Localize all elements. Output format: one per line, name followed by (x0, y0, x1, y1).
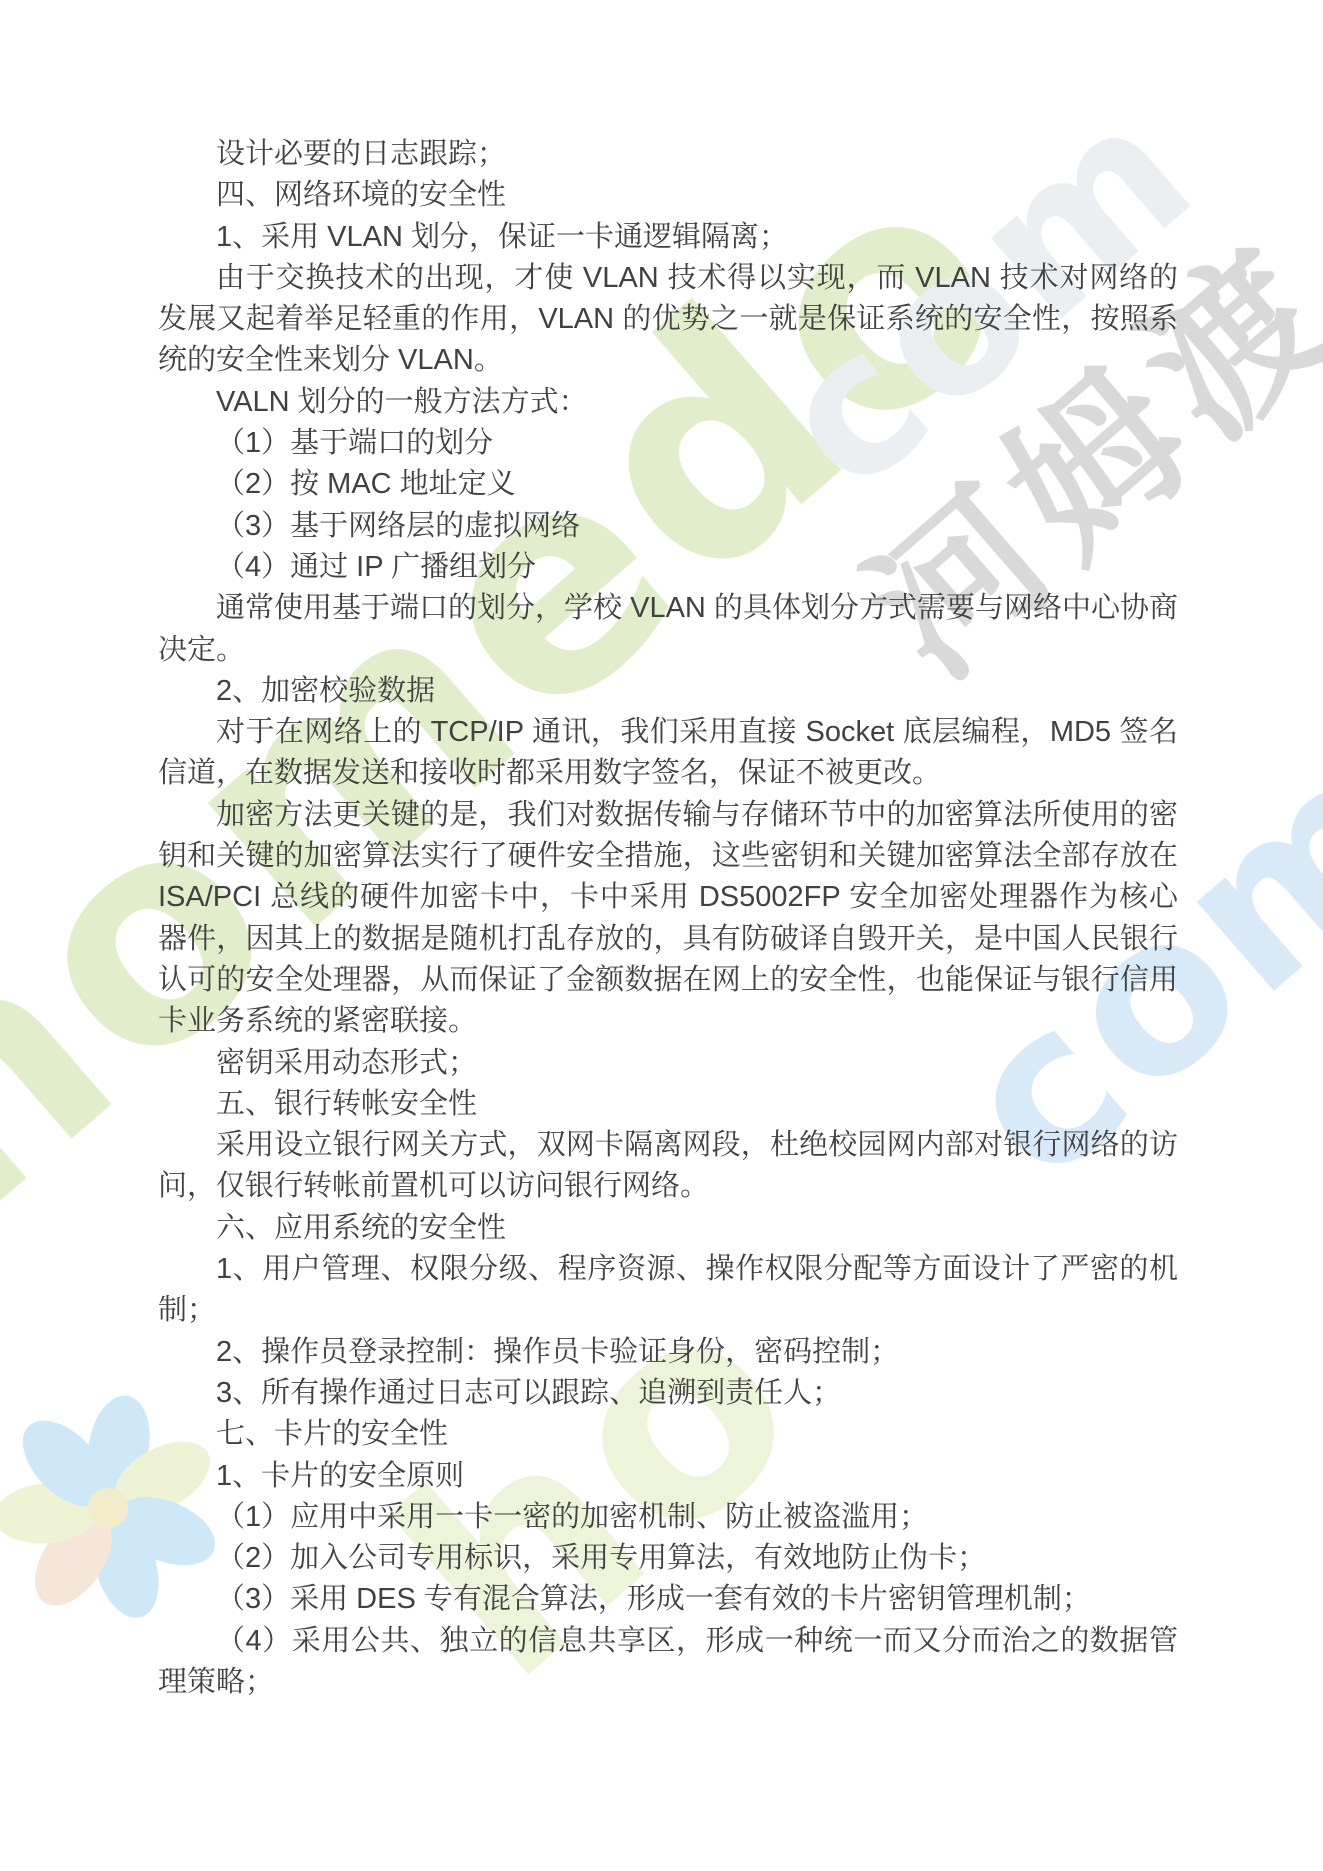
paragraph: 2、加密校验数据 (158, 671, 1178, 712)
paragraph: 五、银行转帐安全性 (158, 1084, 1178, 1125)
paragraph: 设计必要的日志跟踪； (158, 134, 1178, 175)
paragraph: （1）应用中采用一卡一密的加密机制、防止被盗滥用； (158, 1497, 1178, 1538)
paragraph: （2）按 MAC 地址定义 (158, 464, 1178, 505)
paragraph: （3）基于网络层的虚拟网络 (158, 506, 1178, 547)
paragraph: 3、所有操作通过日志可以跟踪、追溯到责任人； (158, 1373, 1178, 1414)
paragraph: VALN 划分的一般方法方式： (158, 382, 1178, 423)
paragraph: 采用设立银行网关方式，双网卡隔离网段，杜绝校园网内部对银行网络的访问，仅银行转帐… (158, 1125, 1178, 1208)
paragraph: （1）基于端口的划分 (158, 423, 1178, 464)
paragraph: 密钥采用动态形式； (158, 1043, 1178, 1084)
paragraph: 2、操作员登录控制：操作员卡验证身份，密码控制； (158, 1332, 1178, 1373)
paragraph: （2）加入公司专用标识，采用专用算法，有效地防止伪卡； (158, 1538, 1178, 1579)
paragraph: （4）采用公共、独立的信息共享区，形成一种统一而又分而治之的数据管理策略； (158, 1621, 1178, 1704)
paragraph: 加密方法更关键的是，我们对数据传输与存储环节中的加密算法所使用的密钥和关键的加密… (158, 795, 1178, 1043)
paragraph: 1、采用 VLAN 划分，保证一卡通逻辑隔离； (158, 217, 1178, 258)
paragraph: 通常使用基于端口的划分，学校 VLAN 的具体划分方式需要与网络中心协商决定。 (158, 588, 1178, 671)
paragraph: （4）通过 IP 广播组划分 (158, 547, 1178, 588)
paragraph: 1、卡片的安全原则 (158, 1456, 1178, 1497)
paragraph: 由于交换技术的出现，才使 VLAN 技术得以实现，而 VLAN 技术对网络的发展… (158, 258, 1178, 382)
document-body: 设计必要的日志跟踪；四、网络环境的安全性1、采用 VLAN 划分，保证一卡通逻辑… (158, 134, 1178, 1703)
paragraph: 四、网络环境的安全性 (158, 175, 1178, 216)
paragraph: （3）采用 DES 专有混合算法，形成一套有效的卡片密钥管理机制； (158, 1579, 1178, 1620)
paragraph: 七、卡片的安全性 (158, 1414, 1178, 1455)
paragraph: 六、应用系统的安全性 (158, 1208, 1178, 1249)
document-page: homedo ho com com 河姆渡 设计必要的日志跟踪；四、网络环境的安… (0, 0, 1323, 1871)
paragraph: 对于在网络上的 TCP/IP 通讯，我们采用直接 Socket 底层编程，MD5… (158, 712, 1178, 795)
paragraph: 1、用户管理、权限分级、程序资源、操作权限分配等方面设计了严密的机制； (158, 1249, 1178, 1332)
